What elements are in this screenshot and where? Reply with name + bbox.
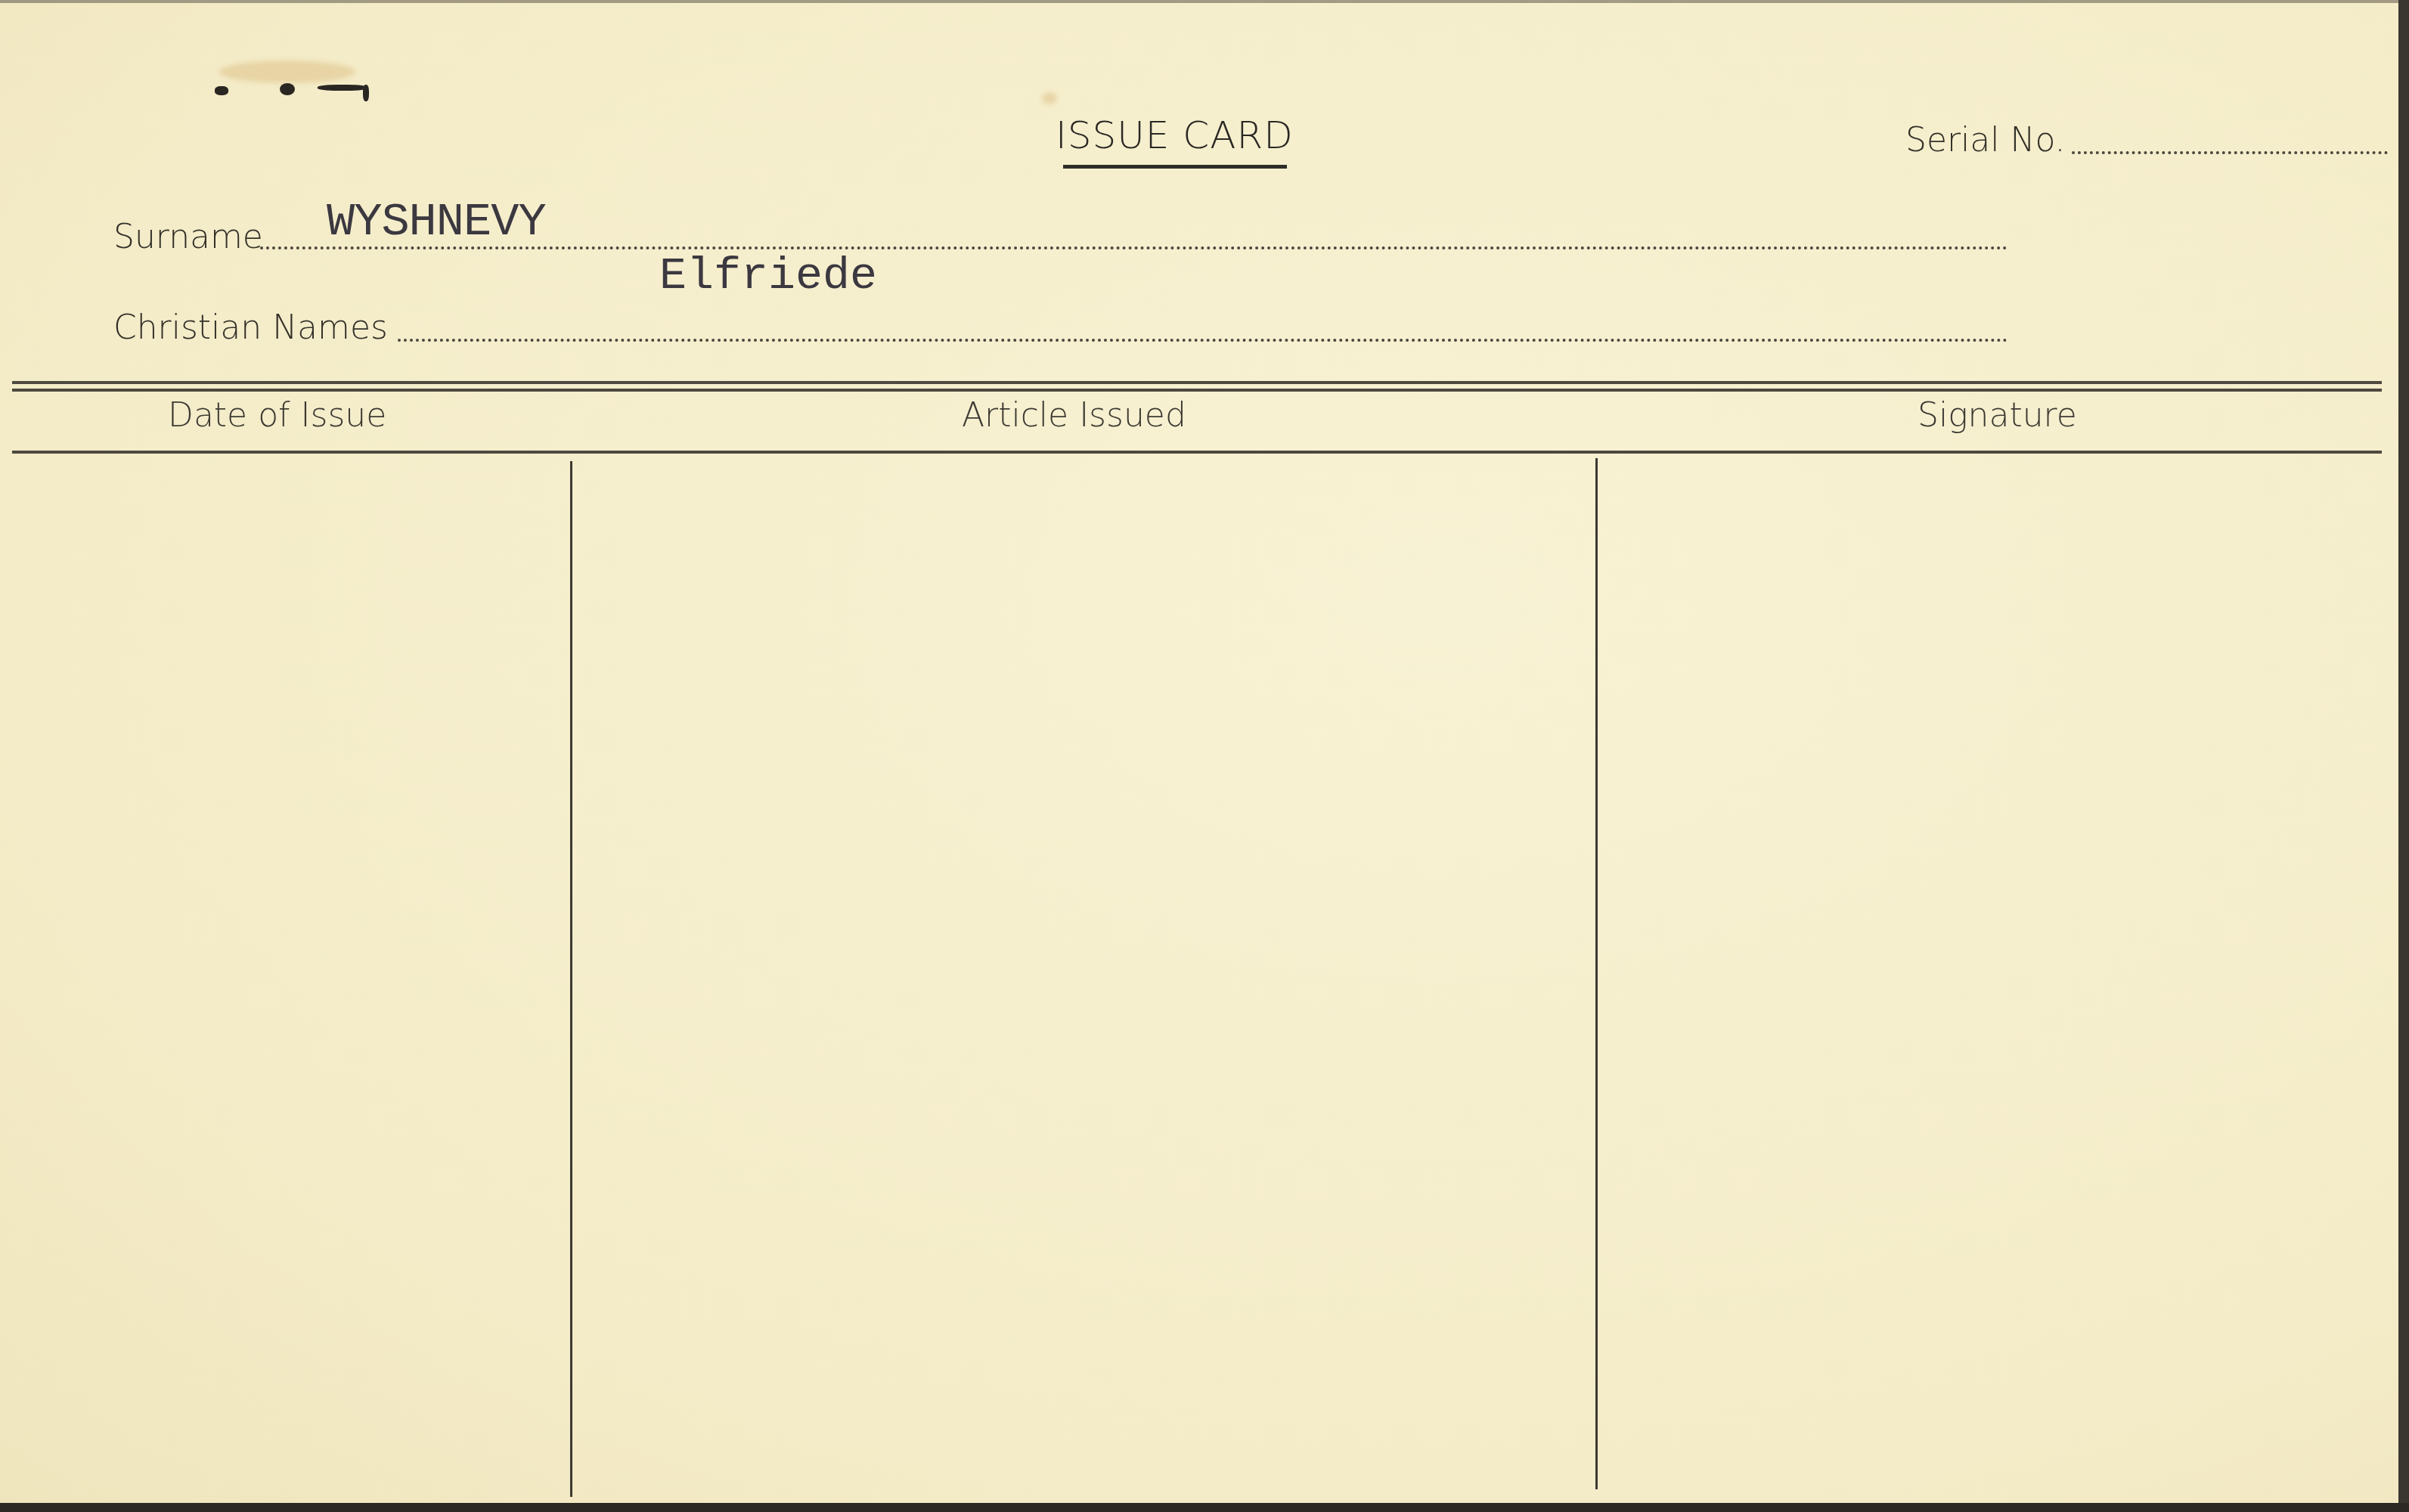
serial-label: Serial No. bbox=[1905, 121, 2066, 160]
column-header-date: Date of Issue bbox=[168, 396, 386, 435]
card-title: ISSUE CARD bbox=[1056, 113, 1294, 157]
column-header-signature: Signature bbox=[1918, 396, 2077, 435]
column-divider-2 bbox=[1595, 458, 1598, 1489]
article-issued-cell[interactable] bbox=[573, 457, 1594, 1492]
title-underline bbox=[1063, 165, 1287, 169]
header-rule bbox=[12, 451, 2382, 454]
surname-label: Surname bbox=[113, 218, 263, 256]
surname-value: WYSHNEVY bbox=[327, 195, 546, 249]
staple-mark bbox=[280, 83, 295, 95]
issue-card: ISSUE CARD Serial No. Surname WYSHNEVY E… bbox=[0, 0, 2409, 1512]
christian-names-value: Elfriede bbox=[659, 251, 877, 302]
double-rule-bottom bbox=[12, 389, 2382, 392]
column-header-article: Article Issued bbox=[962, 396, 1186, 435]
christian-names-label: Christian Names bbox=[113, 308, 388, 347]
card-top-edge bbox=[0, 0, 2409, 3]
signature-cell[interactable] bbox=[1598, 457, 2397, 1492]
staple-mark bbox=[318, 85, 367, 91]
christian-names-field[interactable] bbox=[398, 339, 2008, 342]
staple-mark bbox=[363, 85, 369, 101]
staple-mark bbox=[215, 86, 228, 95]
stain-mark bbox=[219, 60, 355, 83]
column-divider-1 bbox=[570, 461, 572, 1497]
card-bottom-edge bbox=[0, 1503, 2409, 1512]
card-right-edge bbox=[2398, 0, 2409, 1512]
double-rule-top bbox=[12, 381, 2382, 384]
stain-mark bbox=[1042, 92, 1057, 104]
date-of-issue-cell[interactable] bbox=[12, 457, 569, 1492]
serial-field[interactable] bbox=[2072, 151, 2388, 154]
